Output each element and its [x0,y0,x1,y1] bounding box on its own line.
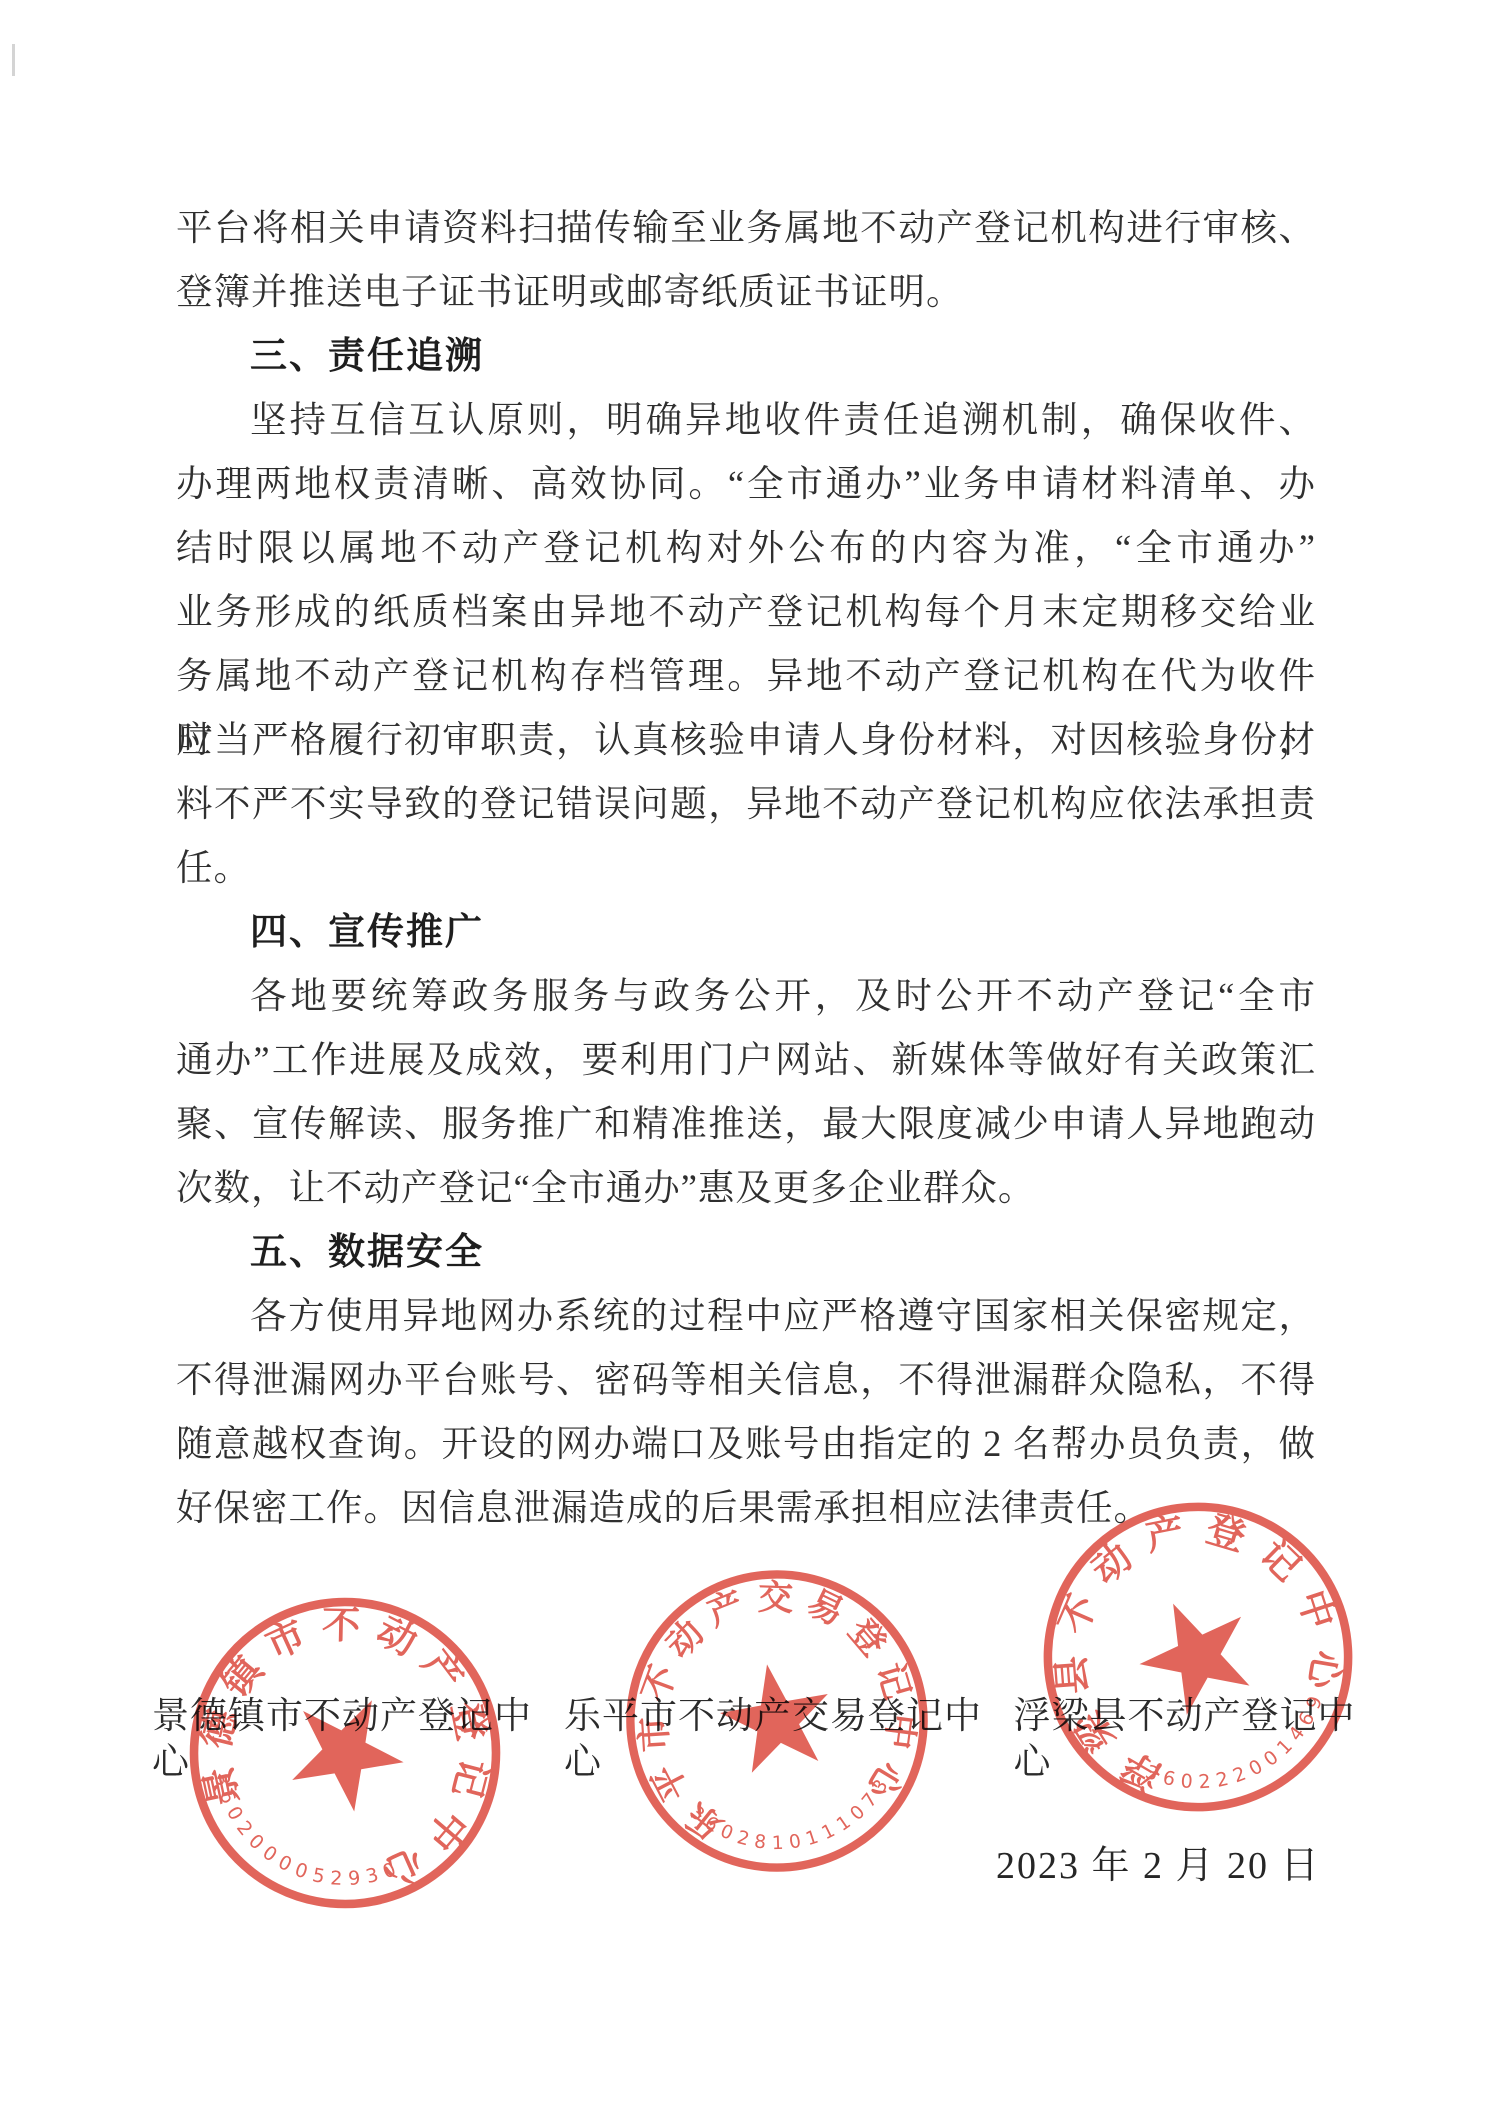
body-line: 务属地不动产登记机构存档管理。异地不动产登记机构在代为收件时， [176,644,1316,708]
body-line: 各地要统筹政务服务与政务公开，及时公开不动产登记“全市 [176,964,1316,1028]
section-heading-5: 五、数据安全 [176,1220,1316,1284]
scan-artifact-tick [12,44,15,76]
star-icon [273,1675,422,1822]
body-line: 料不严不实导致的登记错误问题，异地不动产登记机构应依法承担责 [176,772,1316,836]
body-line: 平台将相关申请资料扫描传输至业务属地不动产登记机构进行审核、 [176,196,1316,260]
body-line: 次数，让不动产登记“全市通办”惠及更多企业群众。 [176,1156,1316,1220]
section-heading-3: 三、责任追溯 [176,324,1316,388]
star-icon [713,1655,839,1777]
official-seal-jingdezhen: 景德镇市不动产登记中心 3602000052930 [114,1522,577,1985]
section-heading-4: 四、宣传推广 [176,900,1316,964]
body-line: 办理两地权责清晰、高效协同。“全市通办”业务申请材料清单、办 [176,452,1316,516]
body-line: 结时限以属地不动产登记机构对外公布的内容为准，“全市通办” [176,516,1316,580]
star-icon [1122,1580,1269,1724]
body-line: 聚、宣传解读、服务推广和精准推送，最大限度减少申请人异地跑动 [176,1092,1316,1156]
body-line: 通办”工作进展及成效，要利用门户网站、新媒体等做好有关政策汇 [176,1028,1316,1092]
body-line: 坚持互信互认原则，明确异地收件责任追溯机制，确保收件、 [176,388,1316,452]
body-line: 各方使用异地网办系统的过程中应严格遵守国家相关保密规定， [176,1284,1316,1348]
official-seal-leping: 乐平市不动产交易登记中心 3602810111073 [584,1528,971,1915]
document-page: 平台将相关申请资料扫描传输至业务属地不动产登记机构进行审核、 登簿并推送电子证书… [0,0,1488,2106]
body-line: 任。 [176,836,1316,900]
body-line: 应当严格履行初审职责，认真核验申请人身份材料，对因核验身份材 [176,708,1316,772]
body-line: 随意越权查询。开设的网办端口及账号由指定的 2 名帮办员负责，做 [176,1412,1316,1476]
body-line: 不得泄漏网办平台账号、密码等相关信息，不得泄漏群众隐私，不得 [176,1348,1316,1412]
body-line: 业务形成的纸质档案由异地不动产登记机构每个月末定期移交给业 [176,580,1316,644]
body-line: 登簿并推送电子证书证明或邮寄纸质证书证明。 [176,260,1316,324]
document-body: 平台将相关申请资料扫描传输至业务属地不动产登记机构进行审核、 登簿并推送电子证书… [176,196,1316,1540]
